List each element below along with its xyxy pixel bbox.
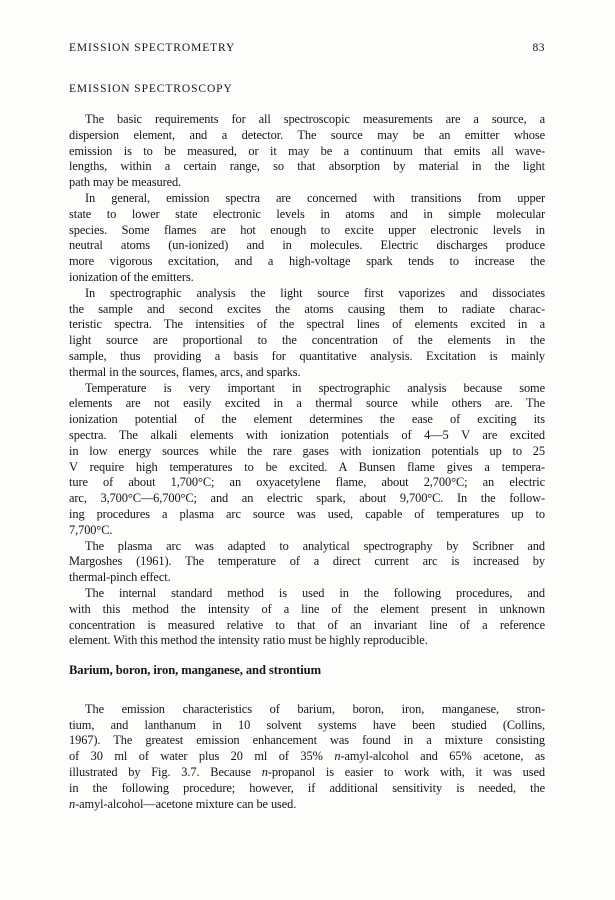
text-line: element. With this method the intensity … [69, 633, 545, 649]
paragraph: The internal standard method is used in … [69, 586, 545, 649]
text-line: emission is to be measured, or it may be… [69, 144, 545, 160]
text-line: The internal standard method is used in … [69, 586, 545, 602]
section-heading: EMISSION SPECTROSCOPY [69, 83, 233, 95]
text-line: the sample and second excites the atoms … [69, 302, 545, 318]
text-line: light source are proportional to the con… [69, 333, 545, 349]
text-line: thermal in the sources, flames, arcs, an… [69, 365, 545, 381]
text-line: sample, thus providing a basis for quant… [69, 349, 545, 365]
paragraph: The plasma arc was adapted to analytical… [69, 539, 545, 586]
text-line: ionization potential of the element dete… [69, 412, 545, 428]
text-line: In general, emission spectra are concern… [69, 191, 545, 207]
text-line: state to lower state electronic levels i… [69, 207, 545, 223]
text-line: illustrated by Fig. 3.7. Because n-propa… [69, 765, 545, 781]
paragraph: The emission characteristics of barium, … [69, 702, 545, 813]
text-line: spectra. The alkali elements with ioniza… [69, 428, 545, 444]
text-line: Margoshes (1961). The temperature of a d… [69, 554, 545, 570]
text-line: The plasma arc was adapted to analytical… [69, 539, 545, 555]
text-line: in the following procedure; however, if … [69, 781, 545, 797]
paragraph: In general, emission spectra are concern… [69, 191, 545, 286]
paragraph: Temperature is very important in spectro… [69, 381, 545, 539]
text-line: arc, 3,700°C—6,700°C; and an electric sp… [69, 491, 545, 507]
text-line: species. Some flames are hot enough to e… [69, 223, 545, 239]
running-head: EMISSION SPECTROMETRY 83 [69, 42, 545, 54]
text-line: The basic requirements for all spectrosc… [69, 112, 545, 128]
text-line: with this method the intensity of a line… [69, 602, 545, 618]
text-line: elements are not easily excited in a the… [69, 396, 545, 412]
paragraph: In spectrographic analysis the light sou… [69, 286, 545, 381]
text-line: ionization of the emitters. [69, 270, 545, 286]
text-line: tium, and lanthanum in 10 solvent system… [69, 718, 545, 734]
text-line: The emission characteristics of barium, … [69, 702, 545, 718]
text-line: in low energy sources while the rare gas… [69, 444, 545, 460]
text-line: teristic spectra. The intensities of the… [69, 317, 545, 333]
text-line: V require high temperatures to be excite… [69, 460, 545, 476]
text-line: concentration is measured relative to th… [69, 618, 545, 634]
text-line: lengths, within a certain range, so that… [69, 159, 545, 175]
text-line: path may be measured. [69, 175, 545, 191]
book-page: EMISSION SPECTROMETRY 83 EMISSION SPECTR… [0, 0, 615, 900]
subsection-heading: Barium, boron, iron, manganese, and stro… [69, 663, 545, 679]
page-number: 83 [533, 42, 546, 54]
text-line: of 30 ml of water plus 20 ml of 35% n-am… [69, 749, 545, 765]
text-line: dispersion element, and a detector. The … [69, 128, 545, 144]
text-line: thermal-pinch effect. [69, 570, 545, 586]
text-line: 1967). The greatest emission enhancement… [69, 733, 545, 749]
text-line: more vigorous excitation, and a high-vol… [69, 254, 545, 270]
text-line: ing procedures a plasma arc source was u… [69, 507, 545, 523]
running-head-title: EMISSION SPECTROMETRY [69, 42, 235, 54]
text-line: 7,700°C. [69, 523, 545, 539]
body-text: The basic requirements for all spectrosc… [69, 112, 545, 812]
paragraph: The basic requirements for all spectrosc… [69, 112, 545, 191]
text-line: n-amyl-alcohol—acetone mixture can be us… [69, 797, 545, 813]
text-line: ture of about 1,700°C; an oxyacetylene f… [69, 475, 545, 491]
text-line: In spectrographic analysis the light sou… [69, 286, 545, 302]
text-line: Temperature is very important in spectro… [69, 381, 545, 397]
text-line: neutral atoms (un-ionized) and in molecu… [69, 238, 545, 254]
